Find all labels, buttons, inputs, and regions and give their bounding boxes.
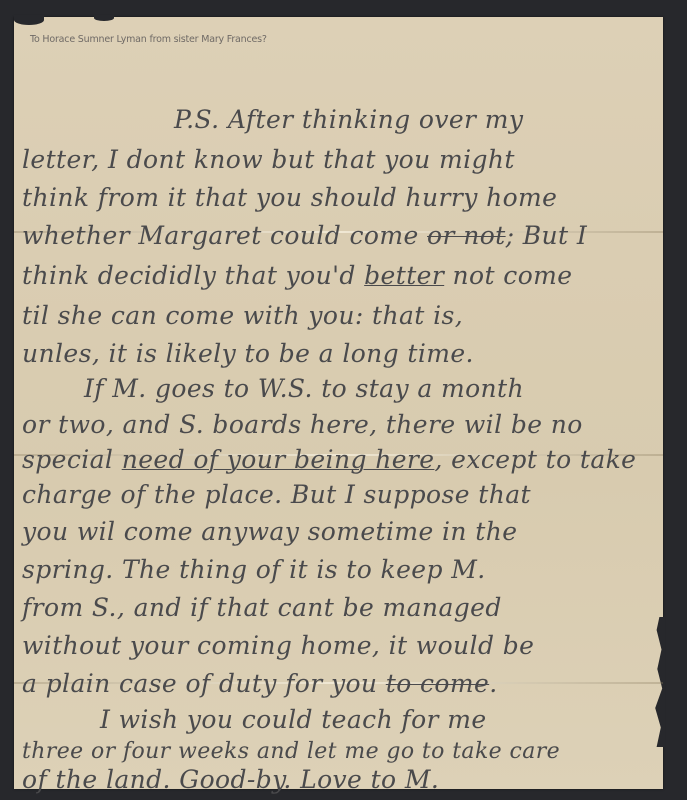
letter-line: til she can come with you: that is, — [22, 301, 463, 330]
letter-line: letter, I dont know but that you might — [22, 145, 515, 174]
letter-line: P.S. After thinking over my — [174, 105, 523, 134]
struck-text: or not — [427, 221, 506, 250]
letter-line: I wish you could teach for me — [100, 705, 487, 734]
letter-line: three or four weeks and let me go to tak… — [22, 739, 560, 764]
letter-line: charge of the place. But I suppose that — [22, 480, 531, 509]
letter-page: To Horace Sumner Lyman from sister Mary … — [14, 17, 663, 789]
letter-line: or two, and S. boards here, there wil be… — [22, 410, 583, 439]
letter-line: If M. goes to W.S. to stay a month — [84, 374, 524, 403]
letter-line: you wil come anyway sometime in the — [22, 517, 517, 546]
letter-line: without your coming home, it would be — [22, 631, 534, 660]
letter-line: a plain case of duty for you to come. — [22, 669, 498, 698]
letter-line: think decididly that you'd better not co… — [22, 261, 572, 290]
letter-line: whether Margaret could come or not; But … — [22, 221, 587, 250]
archival-pencil-note: To Horace Sumner Lyman from sister Mary … — [30, 34, 267, 45]
scan-background: To Horace Sumner Lyman from sister Mary … — [0, 0, 687, 800]
letter-line: from S., and if that cant be managed — [22, 593, 502, 622]
letter-line: special need of your being here, except … — [22, 445, 636, 474]
struck-text: to come — [386, 669, 489, 698]
torn-edge — [94, 15, 114, 21]
letter-line: spring. The thing of it is to keep M. — [22, 555, 486, 584]
letter-line: think from it that you should hurry home — [22, 183, 557, 212]
underlined-text: need of your being here — [122, 445, 435, 474]
letter-signoff: of the land. Good-by. Love to M. — [22, 765, 439, 794]
underlined-text: better — [364, 261, 444, 290]
letter-line: unles, it is likely to be a long time. — [22, 339, 474, 368]
torn-edge — [14, 15, 44, 25]
